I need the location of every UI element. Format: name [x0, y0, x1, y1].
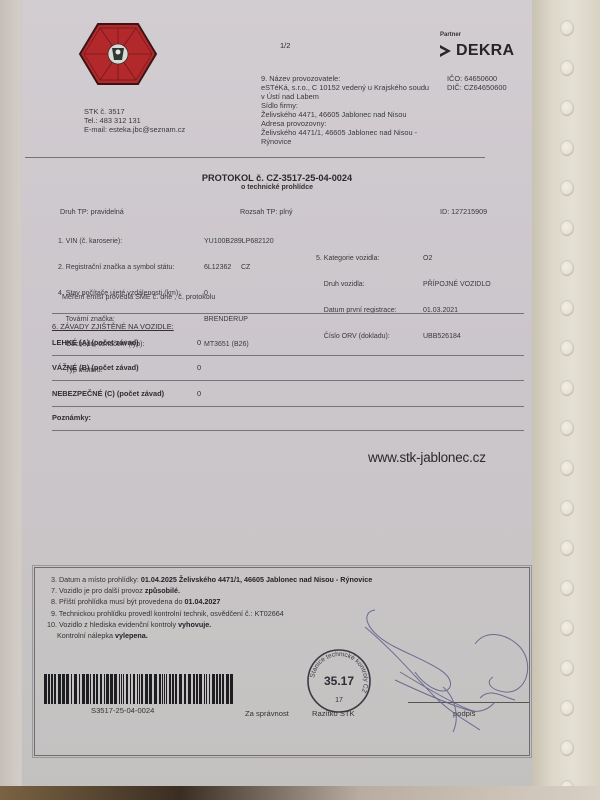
divider [52, 380, 524, 381]
first-registration-label: Datum první registrace: [316, 307, 397, 316]
dekra-wordmark: DEKRA [456, 42, 514, 60]
punch-hole [560, 220, 574, 236]
punch-hole [560, 60, 574, 76]
punch-hole [560, 700, 574, 716]
make-value: BRENDERUP [204, 316, 274, 325]
page-number: 1/2 [280, 41, 290, 50]
defects-heading: 6. ZÁVADY ZJIŠTĚNÉ NA VOZIDLE: [52, 322, 174, 331]
dekra-logo: DEKRA [438, 42, 514, 60]
punch-hole [560, 20, 574, 36]
barcode-icon [44, 674, 236, 704]
orv-number-value: UBB526184 [423, 333, 491, 342]
inspection-type: Druh TP: pravidelná [60, 207, 124, 216]
protocol-subtitle: o technické prohlídce [22, 184, 532, 191]
operator-line: Sídlo firmy: [261, 101, 481, 110]
stk-contact: STK č. 3517 Tel.: 483 312 131 E-mail: es… [84, 107, 185, 134]
background-surface [0, 786, 600, 800]
category-labels: 5. Kategorie vozidla: Druh vozidla: Datu… [316, 238, 397, 358]
punch-hole [560, 100, 574, 116]
orv-number-label: Číslo ORV (dokladu): [316, 333, 397, 342]
registration-value: 6L12362 CZ [204, 264, 274, 273]
dic-number: DIČ: CZ64650600 [447, 83, 507, 92]
stk-station: STK č. 3517 [84, 107, 185, 116]
model-value: MT3651 (B26) [204, 341, 274, 350]
operator-line: Želivského 4471, 46605 Jablonec nad Niso… [261, 110, 481, 119]
signature-scribble-icon [355, 602, 540, 737]
vehicle-kind-label: Druh vozidla: [316, 281, 397, 290]
divider [52, 355, 524, 356]
registration-label: 2. Registrační značka a symbol státu: [58, 264, 180, 273]
category-label: 5. Kategorie vozidla: [316, 255, 397, 264]
result-line-registry-check: 10. Vozidlo z hlediska evidenční kontrol… [47, 619, 372, 630]
punch-hole [560, 340, 574, 356]
company-ids: IČO: 64650600 DIČ: CZ64650600 [447, 74, 507, 92]
punch-hole [560, 460, 574, 476]
defect-serious-count: 0 [197, 363, 201, 372]
barcode-number: S3517-25-04-0024 [91, 706, 154, 715]
punch-hole [560, 300, 574, 316]
result-line-roadworthy: 7. Vozidlo je pro další provoz způsobilé… [47, 585, 372, 596]
engine-type-value [204, 367, 274, 376]
punch-hole [560, 140, 574, 156]
protocol-title: PROTOKOL č. CZ-3517-25-04-0024 o technic… [22, 173, 532, 191]
punch-hole [560, 620, 574, 636]
operator-line: v Ústí nad Labem [261, 92, 481, 101]
correctness-label: Za správnost [245, 709, 289, 718]
punch-hole [560, 260, 574, 276]
sheet-protector-edge [532, 0, 600, 800]
result-lines: 3. Datum a místo prohlídky: 01.04.2025 Ž… [47, 574, 372, 641]
inspection-scope: Rozsah TP: plný [240, 207, 293, 216]
stk-phone: Tel.: 483 312 131 [84, 116, 185, 125]
punch-hole [560, 500, 574, 516]
divider [52, 430, 524, 431]
dekra-chevron-icon [438, 44, 452, 58]
website-url: www.stk-jablonec.cz [368, 450, 486, 465]
inspection-result-box: 3. Datum a místo prohlídky: 01.04.2025 Ž… [34, 567, 530, 756]
defect-light-label: LEHKÉ (A) (počet závad) [52, 338, 139, 347]
punch-hole [560, 420, 574, 436]
protocol-number: PROTOKOL č. CZ-3517-25-04-0024 [22, 173, 532, 183]
first-registration-value: 01.03.2021 [423, 307, 491, 316]
punch-hole [560, 660, 574, 676]
punch-hole [560, 740, 574, 756]
defect-dangerous-label: NEBEZPEČNÉ (C) (počet závad) [52, 389, 164, 398]
punch-hole [560, 540, 574, 556]
defect-light-count: 0 [197, 338, 201, 347]
stk-email: E-mail: esteka.jbc@seznam.cz [84, 125, 185, 134]
punch-hole [560, 580, 574, 596]
result-line-next-inspection: 8. Příští prohlídka musí být provedena d… [47, 596, 372, 607]
operator-line: Želivského 4471/1, 46605 Jablonec nad Ni… [261, 128, 481, 137]
emissions-note: Měření emisí provedla SME č. dne , č. pr… [62, 292, 215, 301]
stk-hexagon-logo-icon [78, 22, 158, 86]
vehicle-kind-value: PŘÍPOJNÉ VOZIDLO [423, 281, 491, 290]
svg-text:17: 17 [335, 697, 343, 704]
inspection-protocol-page: 1/2 Partner DEKRA 9. Název provozovatele… [22, 0, 532, 786]
punch-hole [560, 180, 574, 196]
stamp-label: Razítko STK [312, 709, 355, 718]
result-line-date-place: 3. Datum a místo prohlídky: 01.04.2025 Ž… [47, 574, 372, 585]
svg-text:35.17: 35.17 [324, 674, 354, 688]
punch-hole [560, 380, 574, 396]
partner-label: Partner [440, 32, 461, 38]
category-value: O2 [423, 255, 491, 264]
vin-value: YU100B289LP682120 [204, 238, 274, 247]
result-line-sticker: Kontrolní nálepka vylepena. [47, 630, 372, 641]
operator-line: Adresa provozovny: [261, 119, 481, 128]
paper-edge [0, 0, 22, 786]
vin-label: 1. VIN (č. karoserie): [58, 238, 180, 247]
defect-dangerous-count: 0 [197, 389, 201, 398]
defect-serious-label: VÁŽNÉ (B) (počet závad) [52, 363, 139, 372]
divider [52, 313, 524, 314]
ico-number: IČO: 64650600 [447, 74, 507, 83]
notes-label: Poznámky: [52, 413, 91, 422]
vehicle-values: YU100B289LP682120 6L12362 CZ 0 BRENDERUP… [204, 221, 274, 393]
inspection-id: ID: 127215909 [440, 207, 487, 216]
divider [25, 157, 485, 158]
divider [52, 406, 524, 407]
operator-line: Rýnovice [261, 137, 481, 146]
category-values: O2 PŘÍPOJNÉ VOZIDLO 01.03.2021 UBB526184 [423, 238, 491, 358]
result-line-technician: 9. Technickou prohlídku provedl kontroln… [47, 608, 372, 619]
